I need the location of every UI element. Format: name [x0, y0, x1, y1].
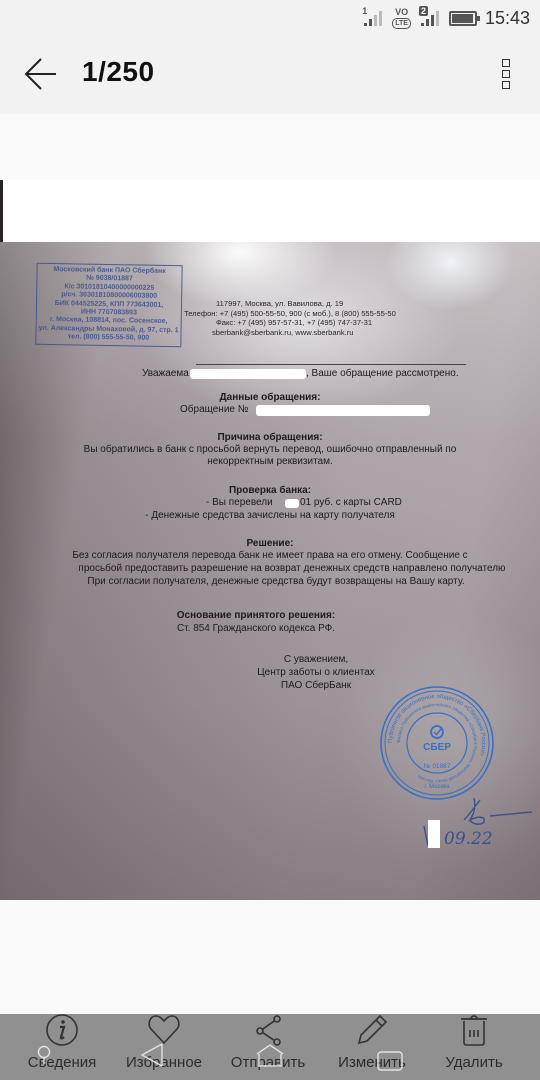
reason-title: Причина обращения:: [0, 432, 540, 445]
bank-letterhead: 117997, Москва, ул. Вавилова, д. 19 Теле…: [212, 299, 396, 337]
bottom-action-bar: Сведения Избранное Отправить Изменить Уд…: [0, 1014, 540, 1080]
volte-icon: VO LTE: [392, 8, 411, 29]
battery-icon: [449, 11, 477, 26]
check-title: Проверка банка:: [0, 485, 540, 498]
reason-line-1: Вы обратились в банк с просьбой вернуть …: [0, 444, 540, 457]
decision-title: Решение:: [0, 538, 540, 551]
bank-requisites-stamp: Московский банк ПАО Сбербанк № 9038/0188…: [35, 263, 182, 348]
more-menu-button[interactable]: [498, 58, 514, 92]
redaction-request-number: [256, 405, 430, 416]
sign-line-1: С уважением,: [46, 654, 540, 667]
decision-line-1: Без согласия получателя перевода банк не…: [0, 550, 540, 563]
share-button[interactable]: Отправить: [214, 1014, 322, 1080]
sim2-label: 2: [419, 6, 428, 16]
check-line-1-prefix: - Вы перевели: [206, 497, 273, 510]
letter: Московский банк ПАО Сбербанк № 9038/0188…: [0, 242, 540, 900]
edit-label: Изменить: [318, 1054, 426, 1071]
divider: [196, 364, 466, 365]
favorite-button[interactable]: Избранное: [110, 1014, 218, 1080]
request-number-label: Обращение №: [180, 404, 248, 417]
redaction-day: [428, 820, 440, 848]
app-bar: 1/250: [0, 36, 540, 114]
trash-icon: [456, 1012, 492, 1048]
page-counter: 1/250: [82, 56, 155, 88]
delete-label: Удалить: [420, 1054, 528, 1071]
handwritten-signature: 09.22: [404, 790, 534, 850]
check-line-2: - Денежные средства зачислены на карту п…: [0, 510, 540, 523]
edit-button[interactable]: Изменить: [318, 1014, 426, 1080]
svg-text:09.22: 09.22: [444, 829, 493, 849]
decision-line-2: просьбой предоставить разрешение на возв…: [22, 563, 540, 576]
svg-text:СБЕР: СБЕР: [423, 742, 451, 753]
delete-button[interactable]: Удалить: [420, 1014, 528, 1080]
image-viewer[interactable]: Московский банк ПАО Сбербанк № 9038/0188…: [0, 114, 540, 1014]
document-photo[interactable]: Московский банк ПАО Сбербанк № 9038/0188…: [0, 180, 540, 900]
details-label: Сведения: [8, 1054, 116, 1071]
pencil-icon: [354, 1012, 390, 1048]
reason-line-2: некорректным реквизитам.: [0, 456, 540, 469]
sign-line-2: Центр заботы о клиентах: [46, 667, 540, 680]
heart-icon: [146, 1012, 182, 1048]
volte-label: VO: [392, 8, 411, 17]
paper-sheet: Московский банк ПАО Сбербанк № 9038/0188…: [0, 242, 540, 900]
greeting-prefix: Уважаема: [142, 368, 189, 381]
arrow-left-icon: [22, 54, 62, 94]
basis-title: Основание принятого решения:: [0, 610, 526, 623]
greeting-suffix: , Ваше обращение рассмотрено.: [306, 368, 459, 381]
status-bar: 1 VO LTE 2 15:43: [0, 0, 540, 36]
clock: 15:43: [485, 8, 530, 29]
sim1-signal-icon: 1: [362, 8, 384, 28]
redaction-name: [190, 369, 306, 379]
back-button[interactable]: [22, 54, 62, 94]
sim2-signal-icon: 2: [419, 8, 441, 28]
decision-line-3: При согласии получателя, денежные средст…: [6, 576, 540, 589]
check-line-1-suffix: 01 руб. с карты CARD: [300, 497, 402, 510]
details-button[interactable]: Сведения: [8, 1014, 116, 1080]
battery-fill: [452, 14, 473, 23]
share-label: Отправить: [214, 1054, 322, 1071]
sber-seal: Публичное акционерное общество «Сбербанк…: [378, 684, 496, 802]
share-icon: [250, 1012, 286, 1048]
redaction-amount: [285, 499, 299, 508]
more-vertical-icon: [502, 59, 510, 67]
favorite-label: Избранное: [110, 1054, 218, 1071]
info-icon: [44, 1012, 80, 1048]
basis-line: Ст. 854 Гражданского кодекса РФ.: [0, 623, 526, 636]
sim1-label: 1: [362, 6, 367, 16]
svg-text:№ 01887: № 01887: [424, 763, 451, 770]
request-title: Данные обращения:: [0, 392, 540, 405]
lte-label: LTE: [392, 18, 411, 29]
